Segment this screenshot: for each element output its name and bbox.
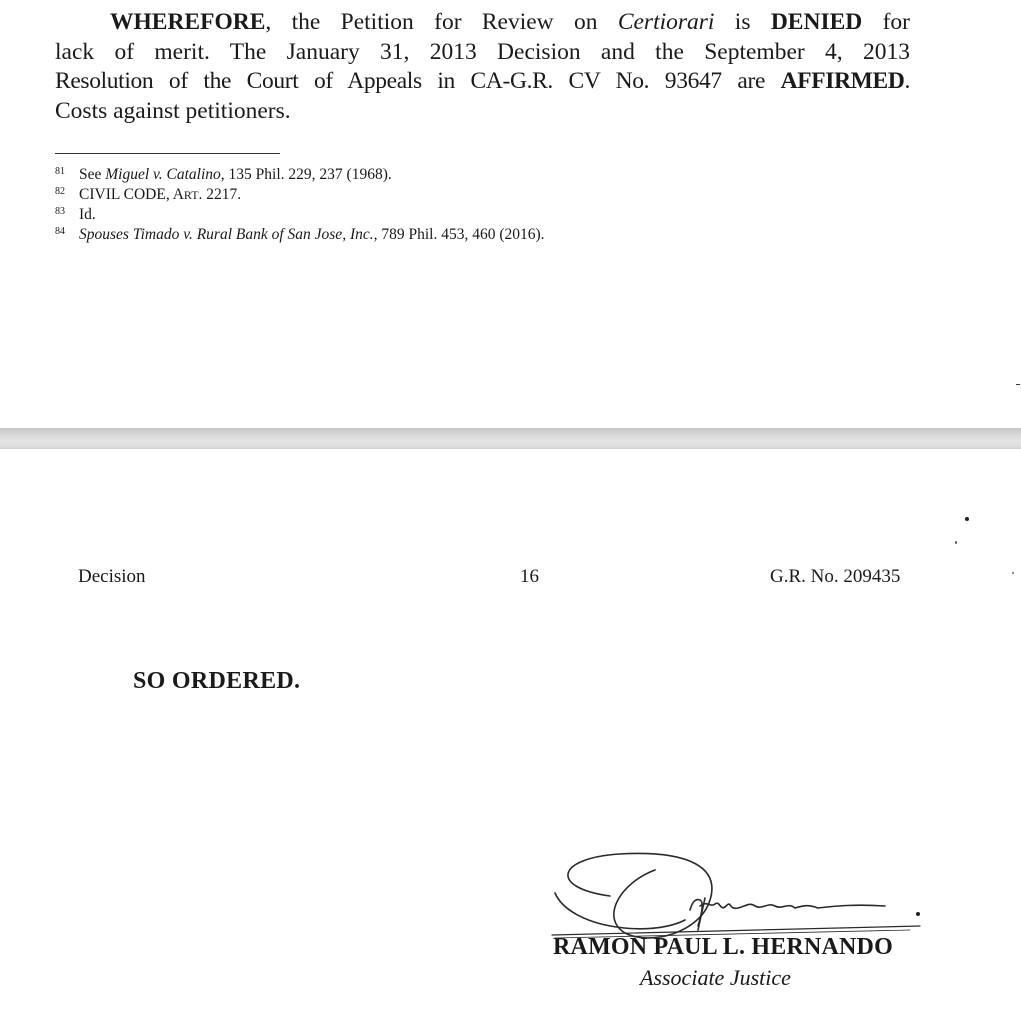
- footnote-separator: [55, 153, 280, 154]
- text-run: , 135 Phil. 229, 237 (1968).: [221, 166, 392, 184]
- text-run: . 2217.: [199, 186, 242, 204]
- footnote-number: 82: [55, 183, 79, 201]
- text-run: See: [79, 166, 101, 184]
- text-run: , 789 Phil. 453, 460 (2016).: [374, 226, 545, 244]
- dispositive-paragraph: WHEREFORE, the Petition for Review on Ce…: [55, 8, 910, 126]
- wherefore-text: WHEREFORE: [110, 9, 265, 35]
- denied-text: DENIED: [771, 9, 862, 35]
- footnote-number: 83: [55, 203, 79, 221]
- signature-icon: [550, 848, 950, 948]
- certiorari-text: Certiorari: [618, 9, 715, 35]
- scan-speck: [1012, 572, 1014, 574]
- footnote-81: 81 See Miguel v. Catalino, 135 Phil. 229…: [55, 166, 545, 186]
- paragraph-line: WHEREFORE, the Petition for Review on Ce…: [55, 8, 910, 38]
- case-name: Miguel v. Catalino: [105, 166, 221, 184]
- footnote-84: 84 Spouses Timado v. Rural Bank of San J…: [55, 226, 545, 246]
- text-run: is: [714, 9, 770, 35]
- text-run: RT: [184, 186, 199, 204]
- text-run: Resolution of the Court of Appeals in CA…: [55, 68, 781, 94]
- footnote-82: 82 CIVIL CODE, ART. 2217.: [55, 186, 545, 206]
- page-break-separator: [0, 428, 1021, 449]
- text-run: Id.: [79, 206, 96, 224]
- footnote-number: 81: [55, 163, 79, 181]
- signatory-name: RAMON PAUL L. HERNANDO: [553, 934, 893, 961]
- paragraph-line: Resolution of the Court of Appeals in CA…: [55, 67, 910, 97]
- running-header-title: Decision: [78, 566, 146, 588]
- text-run: CIVIL CODE, A: [79, 186, 184, 204]
- case-number: G.R. No. 209435: [770, 566, 900, 588]
- page-number: 16: [520, 566, 539, 588]
- text-run: .: [904, 68, 910, 94]
- case-name: Spouses Timado v. Rural Bank of San Jose…: [79, 226, 374, 244]
- scan-speck: [965, 517, 969, 521]
- signatory-title: Associate Justice: [640, 965, 791, 991]
- paragraph-line: lack of merit. The January 31, 2013 Deci…: [55, 38, 910, 68]
- text-run: , the Petition for Review on: [265, 9, 617, 35]
- scan-speck: [955, 541, 957, 544]
- scan-speck: [1016, 384, 1020, 385]
- footnote-83: 83 Id.: [55, 206, 545, 226]
- document-page-upper: WHEREFORE, the Petition for Review on Ce…: [0, 0, 1021, 428]
- footnote-number: 84: [55, 223, 79, 241]
- affirmed-text: AFFIRMED: [781, 68, 905, 94]
- paragraph-line: Costs against petitioners.: [55, 97, 910, 127]
- text-run: for: [862, 9, 910, 35]
- footnotes: 81 See Miguel v. Catalino, 135 Phil. 229…: [55, 166, 545, 246]
- so-ordered-text: SO ORDERED.: [133, 668, 300, 695]
